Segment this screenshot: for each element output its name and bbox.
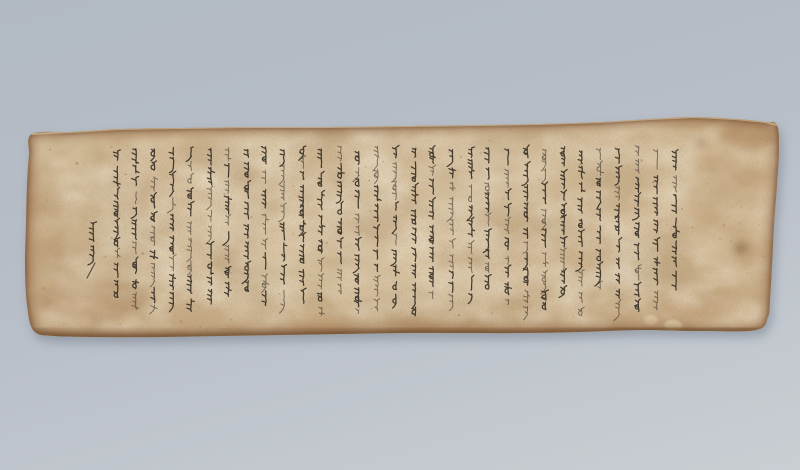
photo-stage xyxy=(0,0,800,470)
manuscript-photo-svg xyxy=(0,0,800,470)
